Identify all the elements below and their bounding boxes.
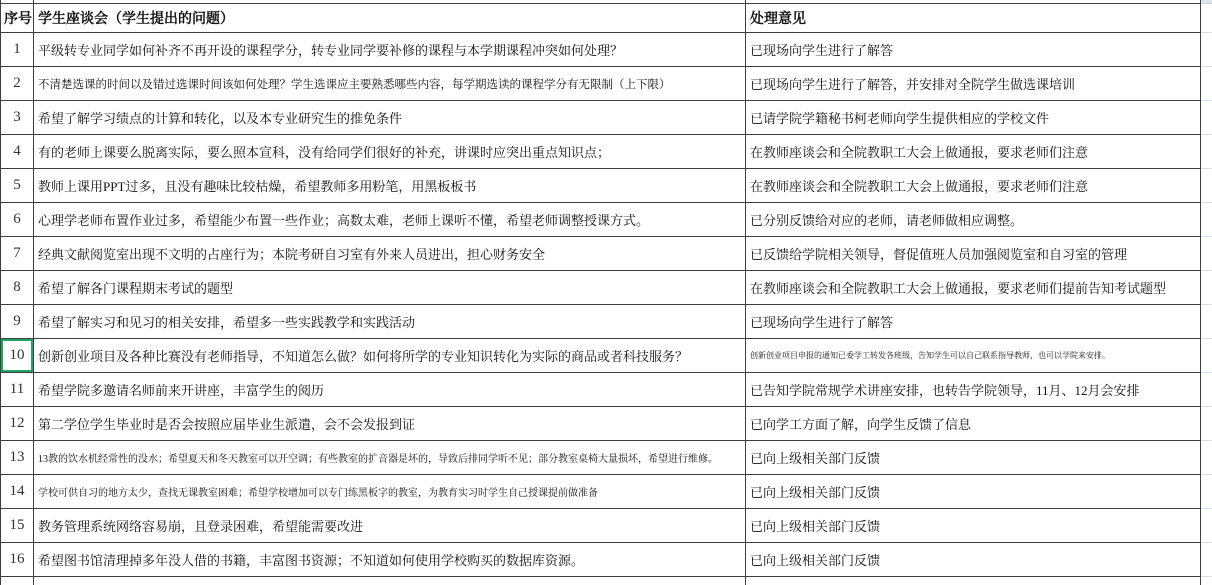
question-cell[interactable]: 心理学老师布置作业过多，希望能少布置一些作业；高数太难，老师上课听不懂，希望老师… xyxy=(34,203,746,237)
table-row: 4 有的老师上课要么脱离实际，要么照本宣科，没有给同学们很好的补充，讲课时应突出… xyxy=(1,135,1212,169)
row-index-cell[interactable]: 4 xyxy=(1,135,34,169)
table-row: 1 平级转专业同学如何补齐不再开设的课程学分，转专业同学要补修的课程与本学期课程… xyxy=(1,33,1212,67)
outside-grid-cell xyxy=(1201,169,1212,203)
outside-grid-cell xyxy=(1201,203,1212,237)
col-header-opinion[interactable]: 处理意见 xyxy=(746,4,1201,33)
table-row: 13 13教的饮水机经常性的没水；希望夏天和冬天教室可以开空调；有些教室的扩音器… xyxy=(1,441,1212,475)
question-cell[interactable]: 平级转专业同学如何补齐不再开设的课程学分，转专业同学要补修的课程与本学期课程冲突… xyxy=(34,33,746,67)
partial-row-bottom xyxy=(1,577,1212,585)
table-row: 3 希望了解学习绩点的计算和转化，以及本专业研究生的推免条件 已请学院学籍秘书柯… xyxy=(1,101,1212,135)
opinion-cell[interactable]: 已分别反馈给对应的老师，请老师做相应调整。 xyxy=(746,203,1201,237)
table-row: 9 希望了解实习和见习的相关安排，希望多一些实践教学和实践活动 已现场向学生进行… xyxy=(1,305,1212,339)
question-cell[interactable]: 经典文献阅览室出现不文明的占座行为；本院考研自习室有外来人员进出，担心财务安全 xyxy=(34,237,746,271)
opinion-cell[interactable]: 已反馈给学院相关领导，督促值班人员加强阅览室和自习室的管理 xyxy=(746,237,1201,271)
question-cell[interactable]: 希望图书馆清理掉多年没人借的书籍，丰富图书资源；不知道如何使用学校购买的数据库资… xyxy=(34,543,746,577)
row-index-cell[interactable]: 2 xyxy=(1,67,34,101)
row-index-cell[interactable]: 12 xyxy=(1,407,34,441)
row-index-cell[interactable]: 1 xyxy=(1,33,34,67)
opinion-cell[interactable]: 已现场向学生进行了解答，并安排对全院学生做选课培训 xyxy=(746,67,1201,101)
question-cell[interactable]: 有的老师上课要么脱离实际，要么照本宣科，没有给同学们很好的补充，讲课时应突出重点… xyxy=(34,135,746,169)
table-row: 5 教师上课用PPT过多，且没有趣味比较枯燥，希望教师多用粉笔，用黑板板书 在教… xyxy=(1,169,1212,203)
opinion-cell[interactable]: 已现场向学生进行了解答 xyxy=(746,33,1201,67)
question-cell[interactable]: 第二学位学生毕业时是否会按照应届毕业生派遣，会不会发报到证 xyxy=(34,407,746,441)
student-forum-table: 序号 学生座谈会（学生提出的问题） 处理意见 1 平级转专业同学如何补齐不再开设… xyxy=(0,0,1212,585)
outside-grid-cell xyxy=(1201,475,1212,509)
opinion-cell[interactable]: 已告知学院常规学术讲座安排，也转告学院领导，11月、12月会安排 xyxy=(746,373,1201,407)
question-cell[interactable]: 教师上课用PPT过多，且没有趣味比较枯燥，希望教师多用粉笔，用黑板板书 xyxy=(34,169,746,203)
spacer-cell xyxy=(1,577,34,585)
opinion-cell[interactable]: 已向上级相关部门反馈 xyxy=(746,441,1201,475)
table-row: 16 希望图书馆清理掉多年没人借的书籍，丰富图书资源；不知道如何使用学校购买的数… xyxy=(1,543,1212,577)
outside-grid-cell xyxy=(1201,135,1212,169)
table-row: 11 希望学院多邀请名师前来开讲座，丰富学生的阅历 已告知学院常规学术讲座安排，… xyxy=(1,373,1212,407)
opinion-cell[interactable]: 已向上级相关部门反馈 xyxy=(746,509,1201,543)
row-index-cell[interactable]: 5 xyxy=(1,169,34,203)
table-row: 2 不清楚选课的时间以及错过选课时间该如何处理？学生选课应主要熟悉哪些内容，每学… xyxy=(1,67,1212,101)
col-header-index[interactable]: 序号 xyxy=(1,4,34,33)
opinion-cell[interactable]: 在教师座谈会和全院教职工大会上做通报，要求老师们提前告知考试题型 xyxy=(746,271,1201,305)
row-index-cell[interactable]: 9 xyxy=(1,305,34,339)
table-row: 15 教务管理系统网络容易崩，且登录困难，希望能需要改进 已向上级相关部门反馈 xyxy=(1,509,1212,543)
question-cell[interactable]: 希望了解实习和见习的相关安排，希望多一些实践教学和实践活动 xyxy=(34,305,746,339)
question-cell[interactable]: 教务管理系统网络容易崩，且登录困难，希望能需要改进 xyxy=(34,509,746,543)
row-index-cell[interactable]: 16 xyxy=(1,543,34,577)
outside-grid-cell xyxy=(1201,271,1212,305)
outside-grid-cell xyxy=(1201,339,1212,373)
opinion-cell[interactable]: 已向上级相关部门反馈 xyxy=(746,543,1201,577)
row-index-cell[interactable]: 7 xyxy=(1,237,34,271)
row-index-cell-selected[interactable]: 10 xyxy=(1,339,34,373)
outside-grid-cell xyxy=(1201,33,1212,67)
opinion-cell[interactable]: 已向学工方面了解，向学生反馈了信息 xyxy=(746,407,1201,441)
outside-grid-cell xyxy=(1201,237,1212,271)
opinion-cell[interactable]: 已现场向学生进行了解答 xyxy=(746,305,1201,339)
table-row: 6 心理学老师布置作业过多，希望能少布置一些作业；高数太难，老师上课听不懂，希望… xyxy=(1,203,1212,237)
row-index-cell[interactable]: 3 xyxy=(1,101,34,135)
opinion-cell[interactable]: 已向上级相关部门反馈 xyxy=(746,475,1201,509)
col-header-question[interactable]: 学生座谈会（学生提出的问题） xyxy=(34,4,746,33)
row-index-cell[interactable]: 6 xyxy=(1,203,34,237)
opinion-cell[interactable]: 已请学院学籍秘书柯老师向学生提供相应的学校文件 xyxy=(746,101,1201,135)
row-index-cell[interactable]: 15 xyxy=(1,509,34,543)
outside-grid-cell xyxy=(1201,407,1212,441)
table-row: 14 学校可供自习的地方太少，查找无课教室困难；希望学校增加可以专门练黑板字的教… xyxy=(1,475,1212,509)
question-cell[interactable]: 13教的饮水机经常性的没水；希望夏天和冬天教室可以开空调；有些教室的扩音器是坏的… xyxy=(34,441,746,475)
question-cell[interactable]: 学校可供自习的地方太少，查找无课教室困难；希望学校增加可以专门练黑板字的教室，为… xyxy=(34,475,746,509)
opinion-cell[interactable]: 在教师座谈会和全院教职工大会上做通报，要求老师们注意 xyxy=(746,169,1201,203)
question-cell[interactable]: 创新创业项目及各种比赛没有老师指导，不知道怎么做？如何将所学的专业知识转化为实际… xyxy=(34,339,746,373)
outside-grid-cell xyxy=(1201,67,1212,101)
table-row-selected: 10 创新创业项目及各种比赛没有老师指导，不知道怎么做？如何将所学的专业知识转化… xyxy=(1,339,1212,373)
outside-grid-cell xyxy=(1201,577,1212,585)
question-cell[interactable]: 希望了解学习绩点的计算和转化，以及本专业研究生的推免条件 xyxy=(34,101,746,135)
row-index-cell[interactable]: 14 xyxy=(1,475,34,509)
spacer-cell xyxy=(746,577,1201,585)
opinion-cell[interactable]: 创新创业项目申报的通知已委学工转发各班级，告知学生可以自己联系指导教师，也可以学… xyxy=(746,339,1201,373)
table-row: 8 希望了解各门课程期末考试的题型 在教师座谈会和全院教职工大会上做通报，要求老… xyxy=(1,271,1212,305)
table-row: 12 第二学位学生毕业时是否会按照应届毕业生派遣，会不会发报到证 已向学工方面了… xyxy=(1,407,1212,441)
opinion-cell[interactable]: 在教师座谈会和全院教职工大会上做通报，要求老师们注意 xyxy=(746,135,1201,169)
question-cell[interactable]: 希望了解各门课程期末考试的题型 xyxy=(34,271,746,305)
outside-grid-cell xyxy=(1201,509,1212,543)
outside-grid-cell xyxy=(1201,101,1212,135)
spacer-cell xyxy=(34,577,746,585)
question-cell[interactable]: 不清楚选课的时间以及错过选课时间该如何处理？学生选课应主要熟悉哪些内容，每学期选… xyxy=(34,67,746,101)
outside-grid-cell xyxy=(1201,543,1212,577)
row-index-cell[interactable]: 8 xyxy=(1,271,34,305)
outside-grid-cell xyxy=(1201,441,1212,475)
header-row: 序号 学生座谈会（学生提出的问题） 处理意见 xyxy=(1,4,1212,33)
outside-grid-cell xyxy=(1201,373,1212,407)
outside-grid-cell xyxy=(1201,305,1212,339)
row-index-cell[interactable]: 13 xyxy=(1,441,34,475)
table-row: 7 经典文献阅览室出现不文明的占座行为；本院考研自习室有外来人员进出，担心财务安… xyxy=(1,237,1212,271)
spreadsheet-view: 序号 学生座谈会（学生提出的问题） 处理意见 1 平级转专业同学如何补齐不再开设… xyxy=(0,0,1212,585)
question-cell[interactable]: 希望学院多邀请名师前来开讲座，丰富学生的阅历 xyxy=(34,373,746,407)
outside-grid-cell xyxy=(1201,4,1212,33)
row-index-cell[interactable]: 11 xyxy=(1,373,34,407)
